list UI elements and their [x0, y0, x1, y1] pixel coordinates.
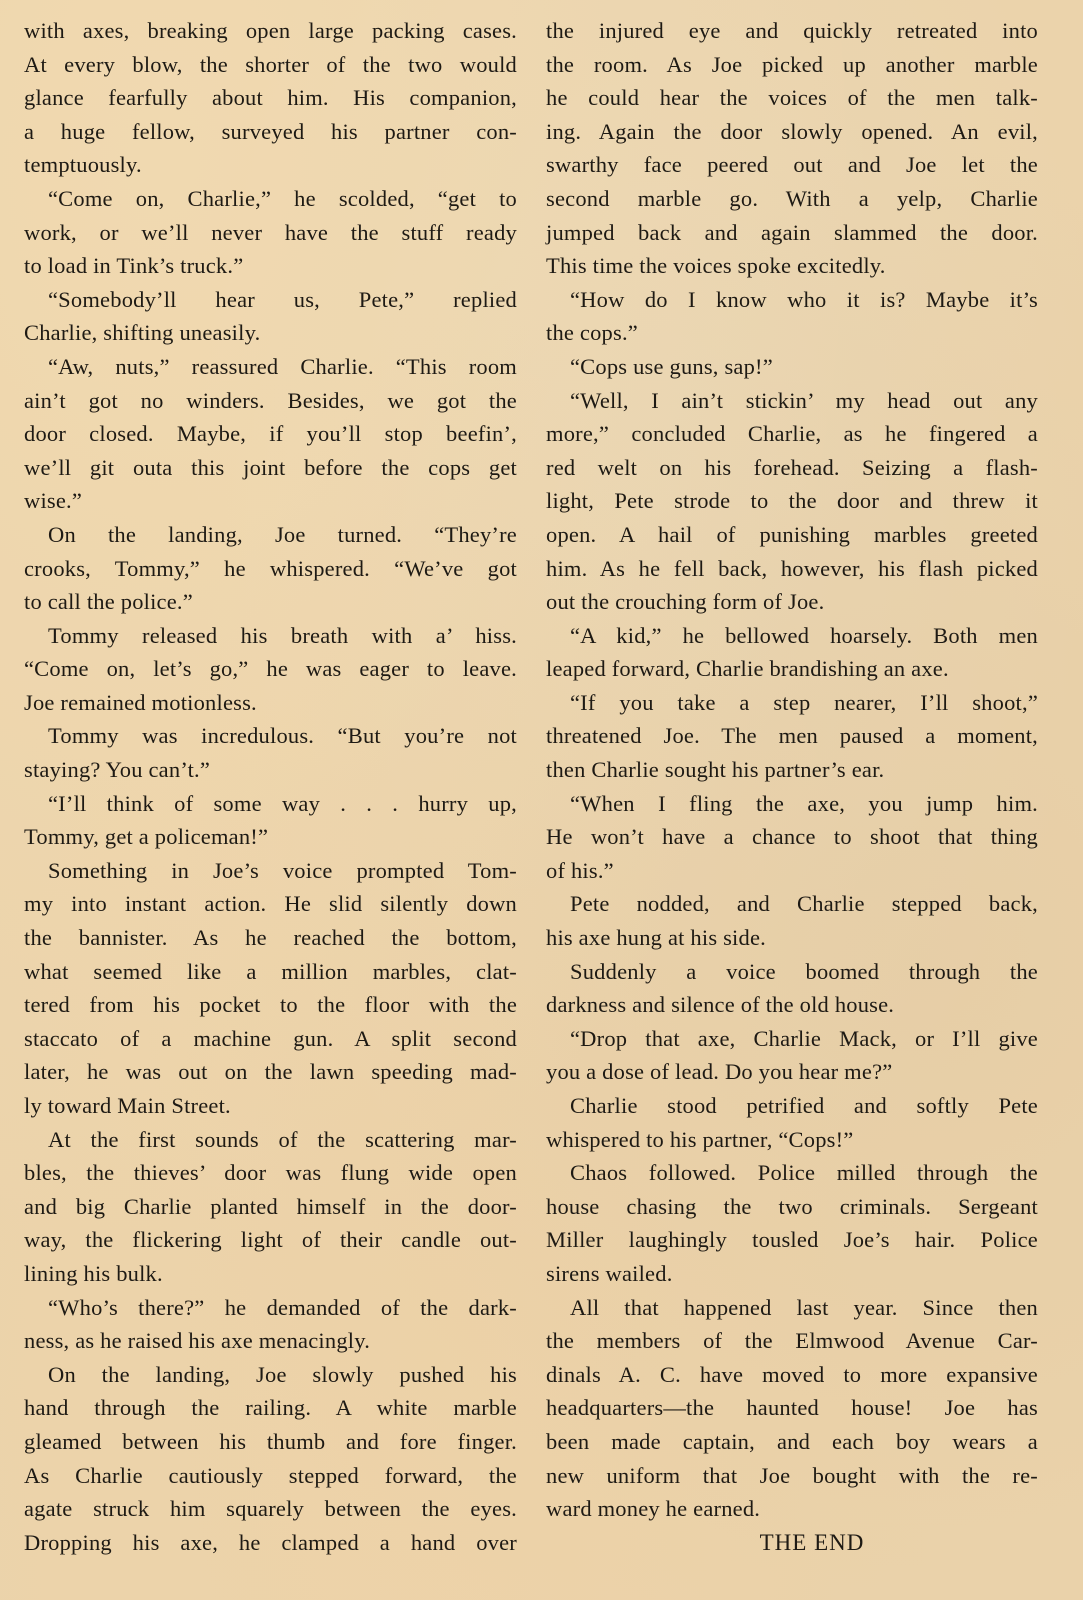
text-line: the room. As Joe picked up another marbl… [546, 48, 1038, 82]
text-line: way, the flickering light of their candl… [24, 1223, 517, 1257]
text-line: we’ll git outa this joint before the cop… [24, 451, 517, 485]
text-line: staccato of a machine gun. A split secon… [24, 1022, 517, 1056]
text-line: he could hear the voices of the men talk… [546, 81, 1038, 115]
text-line: Dropping his axe, he clamped a hand over [24, 1526, 517, 1560]
text-line: ain’t got no winders. Besides, we got th… [24, 384, 517, 418]
text-line: temptuously. [24, 148, 517, 182]
left-text-column: with axes, breaking open large packing c… [24, 14, 517, 1559]
paragraph-first-line: Charlie stood petrified and softly Pete [546, 1089, 1038, 1123]
text-line: gleamed between his thumb and fore finge… [24, 1425, 517, 1459]
paragraph-first-line: At the first sounds of the scattering ma… [24, 1123, 517, 1157]
paragraph-first-line: “When I fling the axe, you jump him. [546, 787, 1038, 821]
paragraph-first-line: On the landing, Joe turned. “They’re [24, 518, 517, 552]
text-line: jumped back and again slammed the door. [546, 216, 1038, 250]
text-line: whispered to his partner, “Cops!” [546, 1123, 1038, 1157]
text-line: agate struck him squarely between the ey… [24, 1492, 517, 1526]
text-line: light, Pete strode to the door and threw… [546, 484, 1038, 518]
text-line: later, he was out on the lawn speeding m… [24, 1055, 517, 1089]
paragraph-first-line: Something in Joe’s voice prompted Tom- [24, 854, 517, 888]
paragraph-first-line: “Drop that axe, Charlie Mack, or I’ll gi… [546, 1022, 1038, 1056]
text-line: Miller laughingly tousled Joe’s hair. Po… [546, 1223, 1038, 1257]
paragraph-first-line: Suddenly a voice boomed through the [546, 955, 1038, 989]
paragraph-first-line: “How do I know who it is? Maybe it’s [546, 283, 1038, 317]
text-line: He won’t have a chance to shoot that thi… [546, 820, 1038, 854]
text-line: ing. Again the door slowly opened. An ev… [546, 115, 1038, 149]
text-line: “Come on, let’s go,” he was eager to lea… [24, 652, 517, 686]
paragraph-first-line: “I’ll think of some way . . . hurry up, [24, 787, 517, 821]
text-line: Joe remained motionless. [24, 686, 517, 720]
text-line: ly toward Main Street. [24, 1089, 517, 1123]
text-line: with axes, breaking open large packing c… [24, 14, 517, 48]
text-line: Charlie, shifting uneasily. [24, 316, 517, 350]
text-line: ward money he earned. [546, 1492, 1038, 1526]
text-line: work, or we’ll never have the stuff read… [24, 216, 517, 250]
text-line: out the crouching form of Joe. [546, 585, 1038, 619]
text-line: crooks, Tommy,” he whispered. “We’ve got [24, 552, 517, 586]
text-line: second marble go. With a yelp, Charlie [546, 182, 1038, 216]
text-line: his axe hung at his side. [546, 921, 1038, 955]
text-line: This time the voices spoke excitedly. [546, 249, 1038, 283]
paragraph-first-line: Pete nodded, and Charlie stepped back, [546, 887, 1038, 921]
paragraph-first-line: “A kid,” he bellowed hoarsely. Both men [546, 619, 1038, 653]
story-page: with axes, breaking open large packing c… [0, 0, 1083, 1600]
the-end-label: THE END [546, 1526, 1038, 1560]
text-line: sirens wailed. [546, 1257, 1038, 1291]
text-line: lining his bulk. [24, 1257, 517, 1291]
text-line: open. A hail of punishing marbles greete… [546, 518, 1038, 552]
paragraph-first-line: “Somebody’ll hear us, Pete,” replied [24, 283, 517, 317]
text-line: been made captain, and each boy wears a [546, 1425, 1038, 1459]
text-line: tered from his pocket to the floor with … [24, 988, 517, 1022]
text-line: door closed. Maybe, if you’ll stop beefi… [24, 417, 517, 451]
text-line: you a dose of lead. Do you hear me?” [546, 1055, 1038, 1089]
text-line: the members of the Elmwood Avenue Car- [546, 1324, 1038, 1358]
text-line: darkness and silence of the old house. [546, 988, 1038, 1022]
paragraph-first-line: “Who’s there?” he demanded of the dark- [24, 1291, 517, 1325]
text-line: red welt on his forehead. Seizing a flas… [546, 451, 1038, 485]
paragraph-first-line: All that happened last year. Since then [546, 1291, 1038, 1325]
text-line: hand through the railing. A white marble [24, 1391, 517, 1425]
text-line: to load in Tink’s truck.” [24, 249, 517, 283]
paragraph-first-line: “Aw, nuts,” reassured Charlie. “This roo… [24, 350, 517, 384]
paragraph-first-line: Chaos followed. Police milled through th… [546, 1156, 1038, 1190]
text-line: what seemed like a million marbles, clat… [24, 955, 517, 989]
text-line: and big Charlie planted himself in the d… [24, 1190, 517, 1224]
text-line: At every blow, the shorter of the two wo… [24, 48, 517, 82]
text-line: swarthy face peered out and Joe let the [546, 148, 1038, 182]
text-line: As Charlie cautiously stepped forward, t… [24, 1459, 517, 1493]
text-line: Tommy, get a policeman!” [24, 820, 517, 854]
text-line: leaped forward, Charlie brandishing an a… [546, 652, 1038, 686]
text-line: headquarters—the haunted house! Joe has [546, 1391, 1038, 1425]
right-text-column: the injured eye and quickly retreated in… [546, 14, 1038, 1559]
text-line: threatened Joe. The men paused a moment, [546, 719, 1038, 753]
text-line: house chasing the two criminals. Sergean… [546, 1190, 1038, 1224]
paragraph-first-line: “Come on, Charlie,” he scolded, “get to [24, 182, 517, 216]
text-line: my into instant action. He slid silently… [24, 887, 517, 921]
text-line: the injured eye and quickly retreated in… [546, 14, 1038, 48]
text-line: ness, as he raised his axe menacingly. [24, 1324, 517, 1358]
text-line: wise.” [24, 484, 517, 518]
paragraph-first-line: Tommy released his breath with a’ hiss. [24, 619, 517, 653]
text-line: glance fearfully about him. His companio… [24, 81, 517, 115]
text-line: more,” concluded Charlie, as he fingered… [546, 417, 1038, 451]
paragraph-first-line: “Well, I ain’t stickin’ my head out any [546, 384, 1038, 418]
paragraph-first-line: “Cops use guns, sap!” [546, 350, 1038, 384]
text-line: of his.” [546, 854, 1038, 888]
text-line: the bannister. As he reached the bottom, [24, 921, 517, 955]
text-line: new uniform that Joe bought with the re- [546, 1459, 1038, 1493]
paragraph-first-line: “If you take a step nearer, I’ll shoot,” [546, 686, 1038, 720]
text-line: bles, the thieves’ door was flung wide o… [24, 1156, 517, 1190]
text-line: staying? You can’t.” [24, 753, 517, 787]
text-line: dinals A. C. have moved to more expansiv… [546, 1358, 1038, 1392]
paragraph-first-line: Tommy was incredulous. “But you’re not [24, 719, 517, 753]
paragraph-first-line: On the landing, Joe slowly pushed his [24, 1358, 517, 1392]
text-line: a huge fellow, surveyed his partner con- [24, 115, 517, 149]
text-line: to call the police.” [24, 585, 517, 619]
text-line: the cops.” [546, 316, 1038, 350]
text-line: then Charlie sought his partner’s ear. [546, 753, 1038, 787]
text-line: him. As he fell back, however, his flash… [546, 552, 1038, 586]
